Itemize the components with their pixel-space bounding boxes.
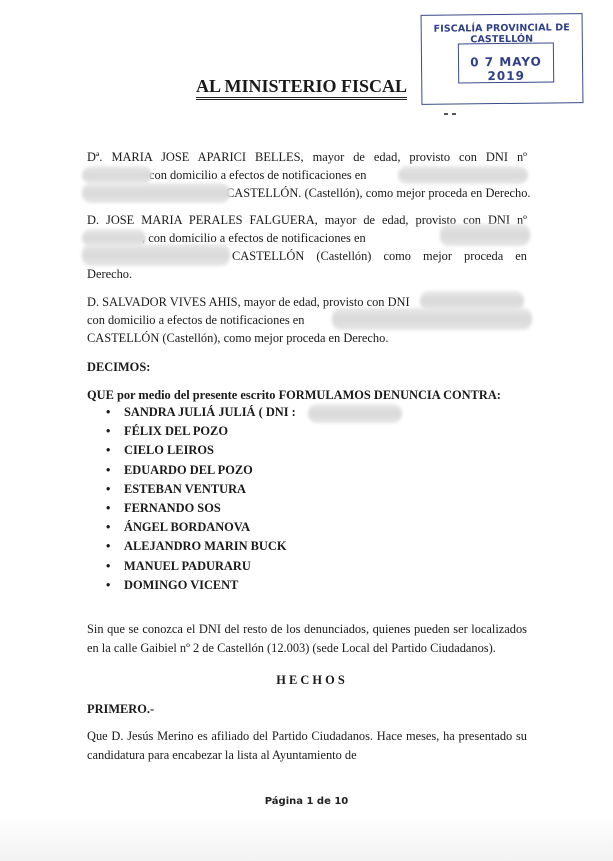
location-paragraph: Sin que se conozca el DNI del resto de l… xyxy=(87,620,527,657)
list-item: •ÁNGEL BORDANOVA xyxy=(104,518,296,537)
bullet-icon: • xyxy=(106,422,110,441)
hechos-heading: H E C H O S xyxy=(4,673,613,688)
decimos-heading: DECIMOS: xyxy=(87,360,150,375)
list-item: •MANUEL PADURARU xyxy=(104,557,296,576)
redacted-dni-1 xyxy=(82,166,152,184)
redacted-address-2b xyxy=(82,244,230,266)
list-item: •EDUARDO DEL POZO xyxy=(104,461,296,480)
party-2-line-4: Derecho. xyxy=(87,267,132,282)
denuncia-intro: QUE por medio del presente escrito FORMU… xyxy=(87,388,501,403)
redacted-address-2 xyxy=(440,224,530,246)
party-2-line-3: CASTELLÓN (Castellón) como mejor proceda… xyxy=(232,249,527,264)
bullet-icon: • xyxy=(106,576,110,595)
bullet-icon: • xyxy=(106,499,110,518)
document-title: AL MINISTERIO FISCAL xyxy=(196,76,407,100)
list-item: •SANDRA JULIÁ JULIÁ ( DNI : xyxy=(104,403,296,422)
primero-paragraph: Que D. Jesús Merino es afiliado del Part… xyxy=(87,727,527,764)
bullet-icon: • xyxy=(106,480,110,499)
registry-stamp: FISCALÍA PROVINCIAL DE CASTELLÓN 0 7 MAY… xyxy=(421,13,584,105)
party-1-line-1: Dª. MARIA JOSE APARICI BELLES, mayor de … xyxy=(87,150,527,165)
list-item: •ALEJANDRO MARIN BUCK xyxy=(104,537,296,556)
party-1-line-2: con domicilio a efectos de notificacione… xyxy=(149,168,366,183)
list-item: •ESTEBAN VENTURA xyxy=(104,480,296,499)
redacted-dni-accused xyxy=(308,404,402,423)
redacted-address-1 xyxy=(398,166,528,184)
bullet-icon: • xyxy=(106,441,110,460)
redacted-address-3 xyxy=(332,308,532,330)
bullet-icon: • xyxy=(106,537,110,556)
stamp-date-box: 0 7 MAYO 2019 xyxy=(458,42,554,83)
primero-heading: PRIMERO.- xyxy=(87,702,154,717)
stamp-date: 0 7 MAYO 2019 xyxy=(459,54,553,83)
redacted-address-1b xyxy=(82,183,230,203)
party-3-line-2: con domicilio a efectos de notificacione… xyxy=(87,313,304,328)
bullet-icon: • xyxy=(106,461,110,480)
bullet-icon: • xyxy=(106,557,110,576)
party-3-line-3: CASTELLÓN (Castellón), como mejor proced… xyxy=(87,331,388,346)
list-item: •FERNANDO SOS xyxy=(104,499,296,518)
party-1-line-3: CASTELLÓN. (Castellón), como mejor proce… xyxy=(226,186,531,201)
bullet-icon: • xyxy=(106,518,110,537)
list-item: •FÉLIX DEL POZO xyxy=(104,422,296,441)
stamp-specks xyxy=(444,113,448,115)
page-bottom-shade xyxy=(0,816,613,861)
list-item: •CIELO LEIROS xyxy=(104,441,296,460)
list-item: •DOMINGO VICENT xyxy=(104,576,296,595)
bullet-icon: • xyxy=(106,403,110,422)
page-number: Página 1 de 10 xyxy=(0,796,613,807)
document-page: FISCALÍA PROVINCIAL DE CASTELLÓN 0 7 MAY… xyxy=(0,0,613,861)
accused-list: •SANDRA JULIÁ JULIÁ ( DNI : •FÉLIX DEL P… xyxy=(104,403,296,595)
